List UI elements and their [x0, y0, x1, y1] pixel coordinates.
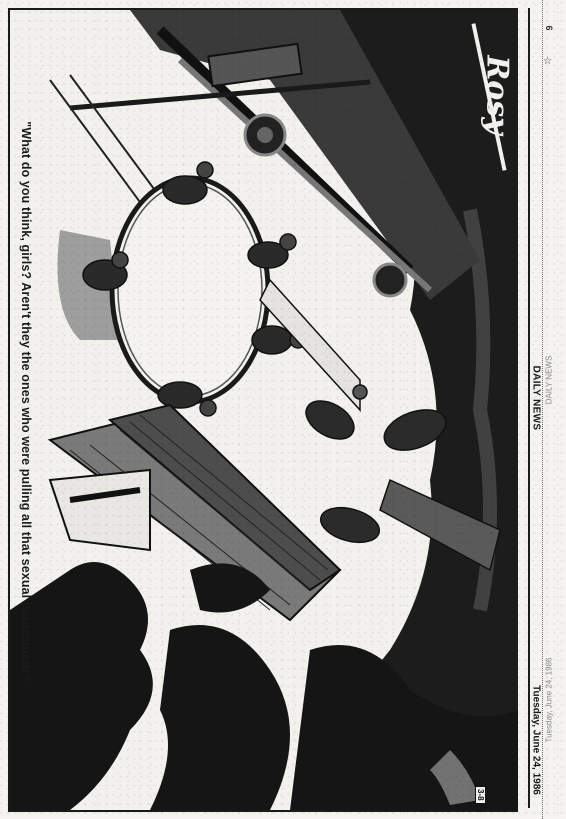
- date-bleedthrough: Tuesday, June 24, 1986: [545, 658, 554, 743]
- artist-signature: Rosy: [480, 55, 515, 134]
- rescue-net: [112, 178, 268, 402]
- cartoon-artwork: [10, 10, 518, 810]
- page-marker: 6: [544, 25, 554, 30]
- publication-date: Tuesday, June 24, 1986: [531, 685, 542, 795]
- publication-bleedthrough: DAILY NEWS: [545, 356, 554, 405]
- publication-name: DAILY NEWS: [531, 366, 542, 431]
- newspaper-clipping: "What do you think, girls? Aren't they t…: [0, 0, 566, 819]
- star-icon: ☆: [543, 56, 552, 67]
- dotted-margin-rule: [542, 0, 543, 819]
- cartoon-caption: "What do you think, girls? Aren't they t…: [19, 121, 33, 686]
- plate-code: 3-8: [475, 786, 486, 804]
- cartoon-frame: [8, 8, 518, 812]
